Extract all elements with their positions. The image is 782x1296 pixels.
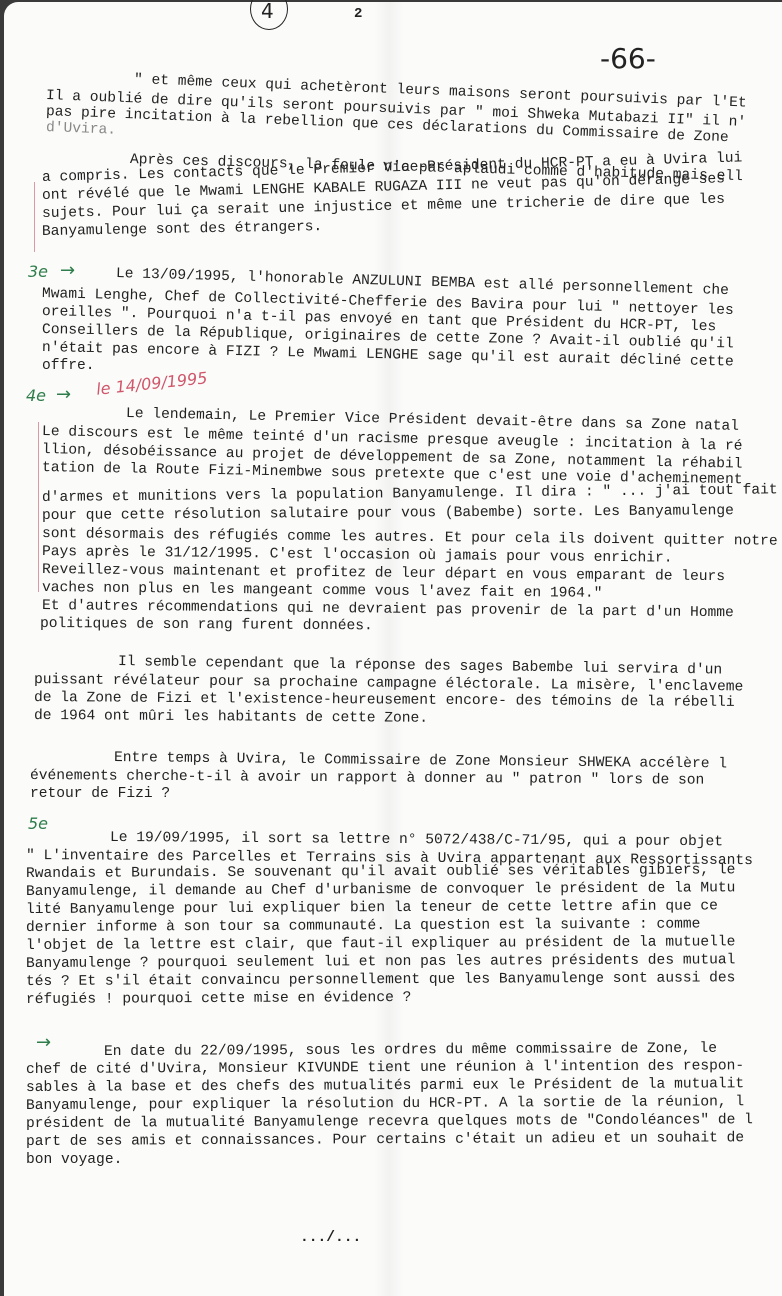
text-line: politiques de son rang furent données. [40, 616, 373, 634]
text-line: sables à la base et des chefs des mutual… [26, 1076, 744, 1096]
margin-bar [38, 422, 39, 592]
margin-note-5e: 5e [28, 814, 48, 833]
scanned-document-page: 4 2 -66- " et même ceux qui achetèront l… [4, 2, 782, 1296]
handwritten-date: le 14/09/1995 [95, 368, 208, 399]
text-line: offre. [42, 358, 95, 374]
page-number: 2 [354, 6, 362, 22]
arrow-icon: → [60, 260, 75, 281]
text-line: réfugiés ! pourquoi cette mise en éviden… [26, 990, 411, 1008]
text-line: Banyamulenge, il demande au Chef d'urban… [26, 880, 735, 900]
text-line: Banyamulenge ? pourquoi seulement lui et… [26, 952, 735, 972]
text-line: tés ? Et s'il était convaincu personnell… [26, 970, 735, 990]
margin-note-4e: 4e [26, 386, 46, 405]
text-line: d'Uvira. [46, 120, 117, 139]
text-line: Banyamulenge, pour expliquer la résoluti… [26, 1094, 744, 1114]
text-line: d'armes et munitions vers la population … [42, 482, 778, 506]
text-line: pour que cette résolution salutaire pour… [42, 503, 734, 524]
text-line: Rwandais et Burundais. Se souvenant qu'i… [26, 862, 735, 882]
text-line: bon voyage. [26, 1152, 122, 1168]
text-line: part de ses amis et connaissances. Pour … [26, 1130, 744, 1150]
text-line: de 1964 ont mûri les habitants de cette … [34, 708, 428, 727]
continuation-marker: .../... [300, 1230, 361, 1246]
text-line: lité Banyamulenge pour lui expliquer bie… [26, 898, 718, 918]
text-line: En date du 22/09/1995, sous les ordres d… [104, 1041, 717, 1060]
text-line: l'objet de la lettre est clair, que faut… [26, 934, 735, 954]
circled-number: 4 [261, 0, 274, 23]
arrow-icon: → [36, 1032, 51, 1053]
text-line: chef de cité d'Uvira, Monsieur KIVUNDE t… [26, 1058, 744, 1078]
arrow-icon: → [56, 384, 71, 405]
circled-page-marker: 4 [250, 0, 288, 30]
text-line: dernier informe à son tour sa communauté… [26, 916, 700, 936]
handwritten-folio: -66- [600, 42, 656, 75]
text-line: Le 19/09/1995, il sort sa lettre n° 5072… [110, 830, 723, 850]
margin-bar [34, 182, 35, 252]
text-line: président de la mutualité Banyamulenge r… [26, 1112, 753, 1132]
margin-note-3e: 3e [28, 262, 48, 281]
text-line: retour de Fizi ? [30, 786, 170, 802]
text-line: Banyamulenge sont des étrangers. [42, 219, 322, 240]
